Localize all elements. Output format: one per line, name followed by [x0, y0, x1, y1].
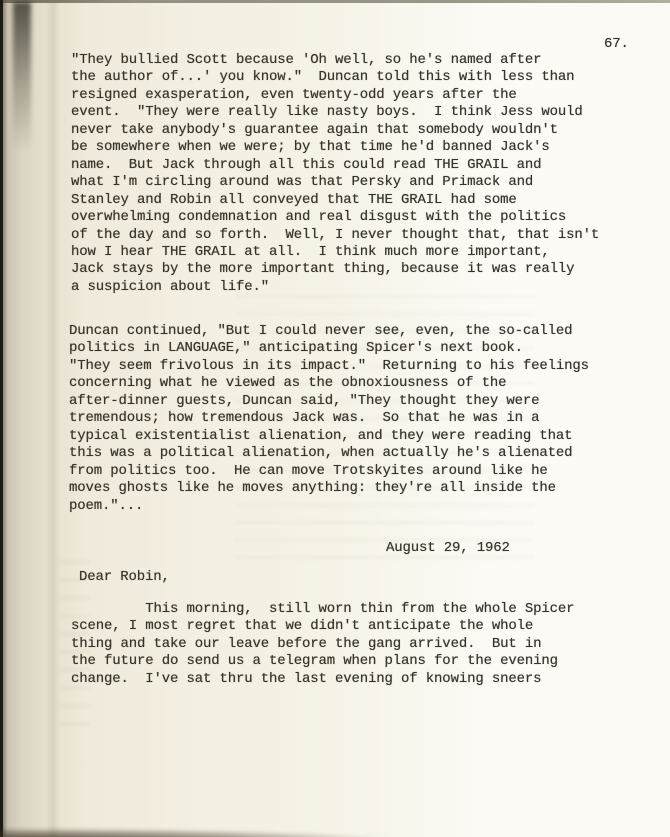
book-spine-edge: [0, 0, 3, 837]
letter-date: August 29, 1962: [386, 540, 510, 557]
letter-salutation: Dear Robin,: [79, 569, 170, 586]
interview-paragraph-1: "They bullied Scott because 'Oh well, so…: [71, 52, 599, 296]
top-left-binding-shadow: [13, 2, 31, 152]
bottom-left-shadow: [0, 815, 490, 837]
scanned-book-page: 67. "They bullied Scott because 'Oh well…: [0, 0, 670, 837]
page-number: 67.: [604, 36, 629, 53]
interview-paragraph-2: Duncan continued, "But I could never see…: [69, 323, 589, 515]
letter-body-paragraph: This morning, still worn thin from the w…: [71, 601, 574, 688]
binding-gutter-seam: [46, 0, 60, 837]
page-top-edge: [0, 0, 670, 3]
